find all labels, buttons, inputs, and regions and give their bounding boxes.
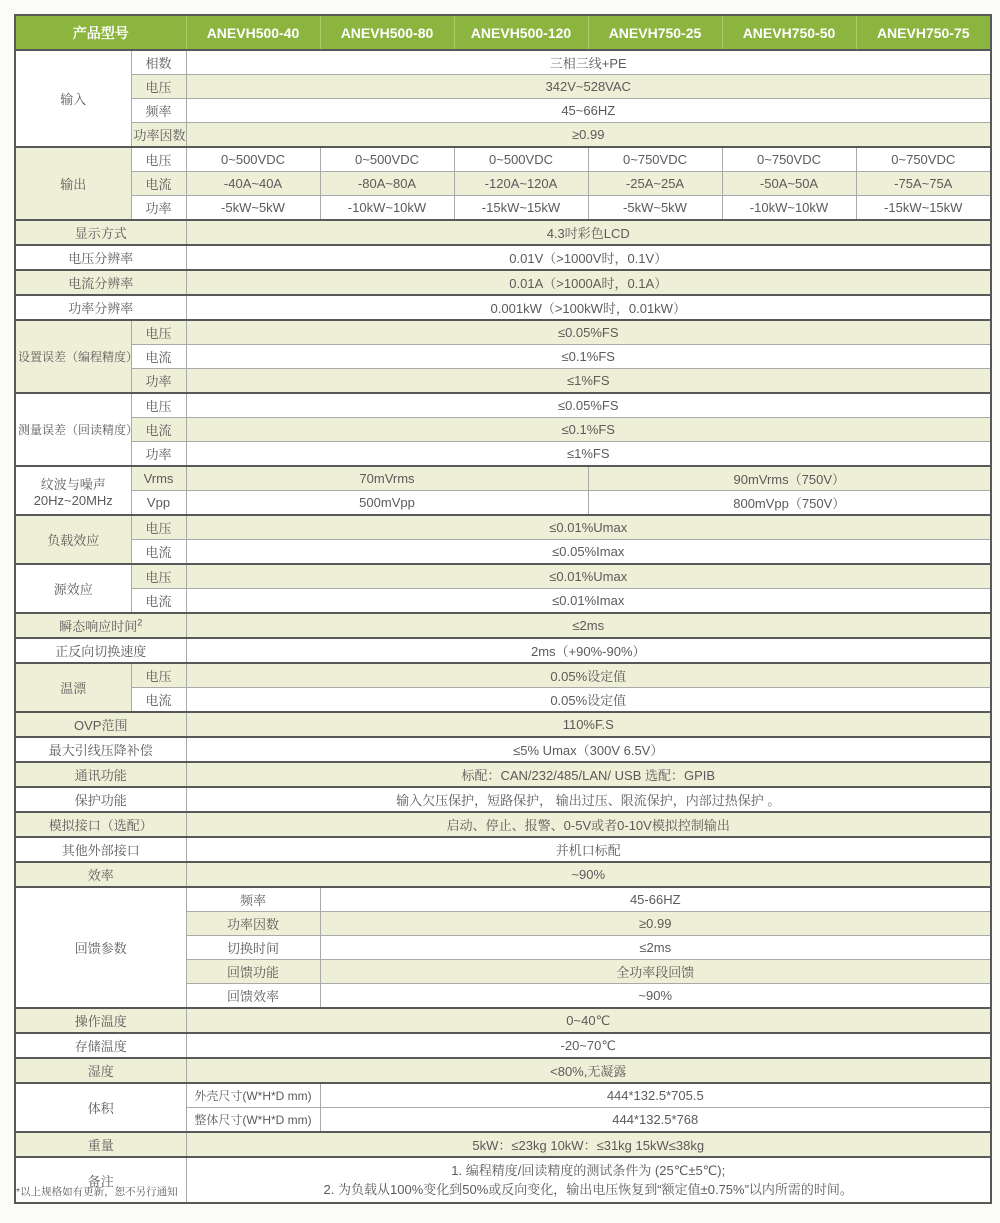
row-label: 功率分辨率	[15, 295, 186, 320]
cell-value: 全功率段回馈	[320, 960, 991, 984]
cell-value: <80%,无凝露	[186, 1058, 991, 1083]
row-label: 功率	[131, 442, 186, 467]
cell-value: ≤0.05%Imax	[186, 540, 991, 565]
cell-value: 5kW：≤23kg 10kW：≤31kg 15kW≤38kg	[186, 1132, 991, 1157]
section-label-ripple: 纹波与噪声 20Hz~20MHz	[15, 466, 131, 515]
row-label: 频率	[186, 887, 320, 912]
row-protection: 保护功能 输入欠压保护，短路保护， 输出过压、限流保护，内部过热保护 。	[15, 787, 991, 812]
cell-value: 标配：CAN/232/485/LAN/ USB 选配：GPIB	[186, 762, 991, 787]
row-storage-temp: 存储温度 -20~70℃	[15, 1033, 991, 1058]
row-label: 电流分辨率	[15, 270, 186, 295]
cell-value: 444*132.5*768	[320, 1108, 991, 1133]
row-label: 回馈功能	[186, 960, 320, 984]
header-product-model-label: 产品型号	[15, 15, 186, 50]
cell-value: -20~70℃	[186, 1033, 991, 1058]
row-communication: 通讯功能 标配：CAN/232/485/LAN/ USB 选配：GPIB	[15, 762, 991, 787]
cell-value: 342V~528VAC	[186, 75, 991, 99]
remarks-line2: 2. 为负载从100%变化到50%或反向变化，输出电压恢复到“额定值±0.75%…	[189, 1180, 989, 1200]
footnote: *以上规格如有更新，恕不另行通知	[16, 1184, 178, 1199]
row-label: 电压	[131, 75, 186, 99]
cell-value: ≤0.05%FS	[186, 393, 991, 418]
section-label-meas-error: 测量误差（回读精度）	[15, 393, 131, 466]
row-label: OVP范围	[15, 712, 186, 737]
cell-value: ≤0.01%Umax	[186, 515, 991, 540]
cell-value: 三相三线+PE	[186, 50, 991, 75]
row-current-resolution: 电流分辨率 0.01A（>1000A时，0.1A）	[15, 270, 991, 295]
cell-value: 0~500VDC	[186, 147, 320, 172]
cell-value: 0~500VDC	[320, 147, 454, 172]
row-label: 其他外部接口	[15, 837, 186, 862]
row-label: 重量	[15, 1132, 186, 1157]
row-label: 回馈效率	[186, 984, 320, 1009]
header-model-2: ANEVH500-80	[320, 15, 454, 50]
cell-value: -10kW~10kW	[722, 196, 856, 221]
cell-value: ≤0.01%Umax	[186, 564, 991, 589]
row-input-voltage: 电压 342V~528VAC	[15, 75, 991, 99]
cell-value: -15kW~15kW	[454, 196, 588, 221]
row-label: 最大引线压降补偿	[15, 737, 186, 762]
row-ovp: OVP范围 110%F.S	[15, 712, 991, 737]
row-operating-temp: 操作温度 0~40℃	[15, 1008, 991, 1033]
spec-sheet: 产品型号 ANEVH500-40 ANEVH500-80 ANEVH500-12…	[14, 14, 992, 1204]
row-output-current: 电流 -40A~40A -80A~80A -120A~120A -25A~25A…	[15, 172, 991, 196]
row-load-effect-current: 电流 ≤0.05%Imax	[15, 540, 991, 565]
ripple-label-line2: 20Hz~20MHz	[18, 493, 129, 508]
row-set-error-current: 电流 ≤0.1%FS	[15, 345, 991, 369]
row-label: 功率因数	[131, 123, 186, 148]
cell-value: ≥0.99	[320, 912, 991, 936]
row-voltage-resolution: 电压分辨率 0.01V（>1000V时，0.1V）	[15, 245, 991, 270]
cell-value: -75A~75A	[856, 172, 991, 196]
cell-value: 0.01A（>1000A时，0.1A）	[186, 270, 991, 295]
row-label: Vpp	[131, 491, 186, 516]
cell-value: 0~500VDC	[454, 147, 588, 172]
header-row: 产品型号 ANEVH500-40 ANEVH500-80 ANEVH500-12…	[15, 15, 991, 50]
header-model-6: ANEVH750-75	[856, 15, 991, 50]
header-model-5: ANEVH750-50	[722, 15, 856, 50]
row-ripple-vrms: 纹波与噪声 20Hz~20MHz Vrms 70mVrms 90mVrms（75…	[15, 466, 991, 491]
cell-value: -50A~50A	[722, 172, 856, 196]
row-meas-error-voltage: 测量误差（回读精度） 电压 ≤0.05%FS	[15, 393, 991, 418]
header-model-1: ANEVH500-40	[186, 15, 320, 50]
row-label: 电流	[131, 418, 186, 442]
row-label: 保护功能	[15, 787, 186, 812]
transient-label-sup: 2	[137, 618, 142, 628]
row-label: 电流	[131, 589, 186, 614]
cell-value: 输入欠压保护，短路保护， 输出过压、限流保护，内部过热保护 。	[186, 787, 991, 812]
cell-value: ≤0.01%Imax	[186, 589, 991, 614]
cell-value: ~90%	[186, 862, 991, 887]
row-label: 正反向切换速度	[15, 638, 186, 663]
row-analog-io: 模拟接口（选配） 启动、停止、报警、0-5V或者0-10V模拟控制输出	[15, 812, 991, 837]
row-label: 显示方式	[15, 220, 186, 245]
row-label: 频率	[131, 99, 186, 123]
cell-value: ≤0.1%FS	[186, 345, 991, 369]
row-label: 电流	[131, 540, 186, 565]
row-label: 整体尺寸(W*H*D mm)	[186, 1108, 320, 1133]
cell-value: ≤1%FS	[186, 369, 991, 394]
row-input-phase: 输入 相数 三相三线+PE	[15, 50, 991, 75]
row-label: 切换时间	[186, 936, 320, 960]
section-label-load-effect: 负载效应	[15, 515, 131, 564]
cell-value: -25A~25A	[588, 172, 722, 196]
cell-value: ≤0.1%FS	[186, 418, 991, 442]
cell-value: 2ms（+90%-90%）	[186, 638, 991, 663]
row-output-voltage: 输出 电压 0~500VDC 0~500VDC 0~500VDC 0~750VD…	[15, 147, 991, 172]
row-label: 电压	[131, 320, 186, 345]
row-output-power: 功率 -5kW~5kW -10kW~10kW -15kW~15kW -5kW~5…	[15, 196, 991, 221]
cell-value: 1. 编程精度/回读精度的测试条件为 (25℃±5℃); 2. 为负载从100%…	[186, 1157, 991, 1203]
row-label: 外壳尺寸(W*H*D mm)	[186, 1083, 320, 1108]
cell-value: -5kW~5kW	[186, 196, 320, 221]
cell-value: -80A~80A	[320, 172, 454, 196]
cell-value: 0~750VDC	[856, 147, 991, 172]
row-label: 电流	[131, 172, 186, 196]
cell-value: ≤2ms	[320, 936, 991, 960]
row-weight: 重量 5kW：≤23kg 10kW：≤31kg 15kW≤38kg	[15, 1132, 991, 1157]
row-input-power-factor: 功率因数 ≥0.99	[15, 123, 991, 148]
row-source-effect-voltage: 源效应 电压 ≤0.01%Umax	[15, 564, 991, 589]
row-label: 功率因数	[186, 912, 320, 936]
section-label-feedback: 回馈参数	[15, 887, 186, 1008]
section-label-source-effect: 源效应	[15, 564, 131, 613]
cell-value: ~90%	[320, 984, 991, 1009]
cell-value: ≤1%FS	[186, 442, 991, 467]
row-label: 功率	[131, 196, 186, 221]
cell-value: -5kW~5kW	[588, 196, 722, 221]
cell-value: -15kW~15kW	[856, 196, 991, 221]
cell-value: 500mVpp	[186, 491, 588, 516]
spec-table: 产品型号 ANEVH500-40 ANEVH500-80 ANEVH500-12…	[14, 14, 992, 1204]
section-label-input: 输入	[15, 50, 131, 147]
cell-value: -10kW~10kW	[320, 196, 454, 221]
row-display: 显示方式 4.3吋彩色LCD	[15, 220, 991, 245]
cell-value: 0.05%设定值	[186, 688, 991, 713]
cell-value: 4.3吋彩色LCD	[186, 220, 991, 245]
row-label: Vrms	[131, 466, 186, 491]
section-label-volume: 体积	[15, 1083, 186, 1132]
row-label: 效率	[15, 862, 186, 887]
row-temp-drift-voltage: 温漂 电压 0.05%设定值	[15, 663, 991, 688]
cell-value: 110%F.S	[186, 712, 991, 737]
row-load-effect-voltage: 负载效应 电压 ≤0.01%Umax	[15, 515, 991, 540]
cell-value: 70mVrms	[186, 466, 588, 491]
row-label: 电压	[131, 515, 186, 540]
cell-value: ≤0.05%FS	[186, 320, 991, 345]
row-label: 通讯功能	[15, 762, 186, 787]
cell-value: 启动、停止、报警、0-5V或者0-10V模拟控制输出	[186, 812, 991, 837]
row-input-frequency: 频率 45~66HZ	[15, 99, 991, 123]
row-transient-response: 瞬态响应时间2 ≤2ms	[15, 613, 991, 638]
row-temp-drift-current: 电流 0.05%设定值	[15, 688, 991, 713]
cell-value: ≥0.99	[186, 123, 991, 148]
remarks-line1: 1. 编程精度/回读精度的测试条件为 (25℃±5℃);	[189, 1161, 989, 1181]
section-label-set-error: 设置误差（编程精度）	[15, 320, 131, 393]
row-label: 功率	[131, 369, 186, 394]
row-humidity: 湿度 <80%,无凝露	[15, 1058, 991, 1083]
row-label: 电压	[131, 663, 186, 688]
row-label: 电压	[131, 147, 186, 172]
cell-value: -120A~120A	[454, 172, 588, 196]
header-model-3: ANEVH500-120	[454, 15, 588, 50]
row-feedback-frequency: 回馈参数 频率 45-66HZ	[15, 887, 991, 912]
section-label-temp-drift: 温漂	[15, 663, 131, 712]
row-label: 电压分辨率	[15, 245, 186, 270]
cell-value: -40A~40A	[186, 172, 320, 196]
ripple-label-line1: 纹波与噪声	[18, 474, 129, 493]
row-label: 湿度	[15, 1058, 186, 1083]
row-power-resolution: 功率分辨率 0.001kW（>100kW时，0.01kW）	[15, 295, 991, 320]
cell-value: ≤2ms	[186, 613, 991, 638]
header-model-4: ANEVH750-25	[588, 15, 722, 50]
cell-value: 444*132.5*705.5	[320, 1083, 991, 1108]
cell-value: 0~750VDC	[588, 147, 722, 172]
cell-value: 0~40℃	[186, 1008, 991, 1033]
row-switch-speed: 正反向切换速度 2ms（+90%-90%）	[15, 638, 991, 663]
cell-value: 45-66HZ	[320, 887, 991, 912]
row-other-io: 其他外部接口 并机口标配	[15, 837, 991, 862]
cell-value: 0.001kW（>100kW时，0.01kW）	[186, 295, 991, 320]
row-label: 瞬态响应时间2	[15, 613, 186, 638]
row-set-error-voltage: 设置误差（编程精度） 电压 ≤0.05%FS	[15, 320, 991, 345]
row-meas-error-current: 电流 ≤0.1%FS	[15, 418, 991, 442]
section-label-output: 输出	[15, 147, 131, 220]
transient-label: 瞬态响应时间	[59, 619, 137, 634]
cell-value: 800mVpp（750V）	[588, 491, 991, 516]
row-ripple-vpp: Vpp 500mVpp 800mVpp（750V）	[15, 491, 991, 516]
row-label: 电压	[131, 393, 186, 418]
row-efficiency: 效率 ~90%	[15, 862, 991, 887]
cell-value: 90mVrms（750V）	[588, 466, 991, 491]
cell-value: 0.05%设定值	[186, 663, 991, 688]
row-label: 模拟接口（选配）	[15, 812, 186, 837]
row-label: 电流	[131, 688, 186, 713]
cell-value: 0~750VDC	[722, 147, 856, 172]
row-set-error-power: 功率 ≤1%FS	[15, 369, 991, 394]
row-meas-error-power: 功率 ≤1%FS	[15, 442, 991, 467]
row-label: 操作温度	[15, 1008, 186, 1033]
row-label: 电流	[131, 345, 186, 369]
row-volume-case: 体积 外壳尺寸(W*H*D mm) 444*132.5*705.5	[15, 1083, 991, 1108]
cell-value: 0.01V（>1000V时，0.1V）	[186, 245, 991, 270]
row-source-effect-current: 电流 ≤0.01%Imax	[15, 589, 991, 614]
cell-value: 并机口标配	[186, 837, 991, 862]
row-label: 存储温度	[15, 1033, 186, 1058]
cell-value: ≤5% Umax（300V 6.5V）	[186, 737, 991, 762]
cell-value: 45~66HZ	[186, 99, 991, 123]
row-lead-comp: 最大引线压降补偿 ≤5% Umax（300V 6.5V）	[15, 737, 991, 762]
row-label: 相数	[131, 50, 186, 75]
row-label: 电压	[131, 564, 186, 589]
